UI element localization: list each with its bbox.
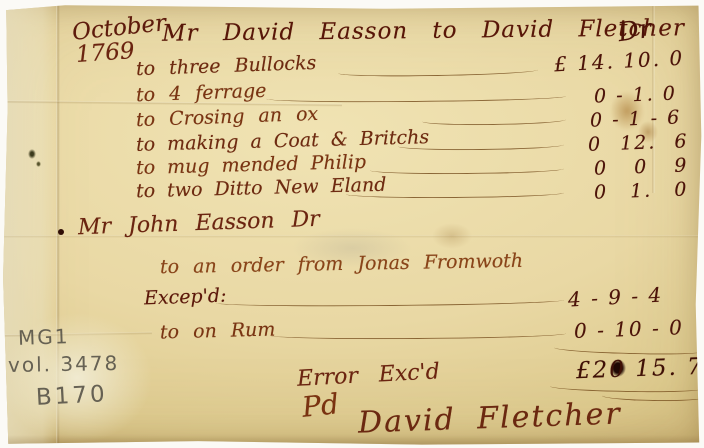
stain-center: [432, 223, 472, 249]
ink-dash: [370, 164, 564, 175]
ink-dash: [266, 92, 566, 104]
ink-speck-left-2: [36, 161, 41, 167]
archive-mark-item: B170: [35, 381, 108, 411]
item-amount: 0 1. 0: [594, 178, 689, 203]
ink-speck-left: [28, 149, 36, 159]
ink-dash: [338, 65, 538, 77]
left-pale-strip: [2, 3, 56, 446]
crease-vertical-left: [56, 3, 60, 446]
item-label: to three Bullocks: [136, 52, 317, 80]
item-label: to making a Coat & Britchs: [136, 126, 430, 156]
ink-dot-margin: [58, 229, 64, 235]
ink-dash: [216, 295, 564, 307]
item-amount: 0 12. 6: [588, 130, 689, 155]
archive-mark-fonds: MG1: [18, 324, 70, 350]
errors-note: Error Exc'd: [296, 359, 440, 391]
item-label: to 4 ferrage: [136, 80, 267, 107]
order-line: to an order from Jonas Fromwoth: [160, 250, 523, 278]
item-amount: 0 - 1 - 6: [590, 106, 682, 131]
ink-dash: [422, 115, 566, 126]
item-amount: 0 - 10 - 0: [574, 315, 685, 343]
scanned-document: October 1769 Mr David Easson to David Fl…: [0, 0, 704, 448]
signature-prefix: Pd: [300, 387, 340, 424]
archive-mark-volume: vol. 3478: [8, 351, 120, 377]
account2-heading: Mr John Easson Dr: [78, 207, 320, 240]
ink-dash: [270, 329, 566, 340]
excepted-label: Excep'd:: [144, 285, 227, 310]
item-label: to on Rum: [160, 318, 276, 343]
debit-mark: Dr: [616, 14, 653, 48]
paper-sheet: October 1769 Mr David Easson to David Fl…: [2, 3, 702, 446]
bottom-edge-shade: [2, 435, 704, 446]
total-amount: £20 15. 7: [576, 354, 704, 384]
ink-dash: [346, 188, 564, 199]
item-amount: £ 14. 10. 0: [553, 46, 684, 77]
account1-heading: Mr David Easson to David Fletcher: [162, 15, 685, 46]
excepted-amount: 4 - 9 - 4: [567, 283, 663, 312]
date-year: 1769: [75, 38, 135, 68]
item-amount: 0 - 1. 0: [594, 83, 678, 108]
signature-name: David Fletcher: [357, 396, 622, 440]
item-label: to Crosing an ox: [136, 103, 319, 131]
item-amount: 0 0 9: [594, 154, 689, 179]
